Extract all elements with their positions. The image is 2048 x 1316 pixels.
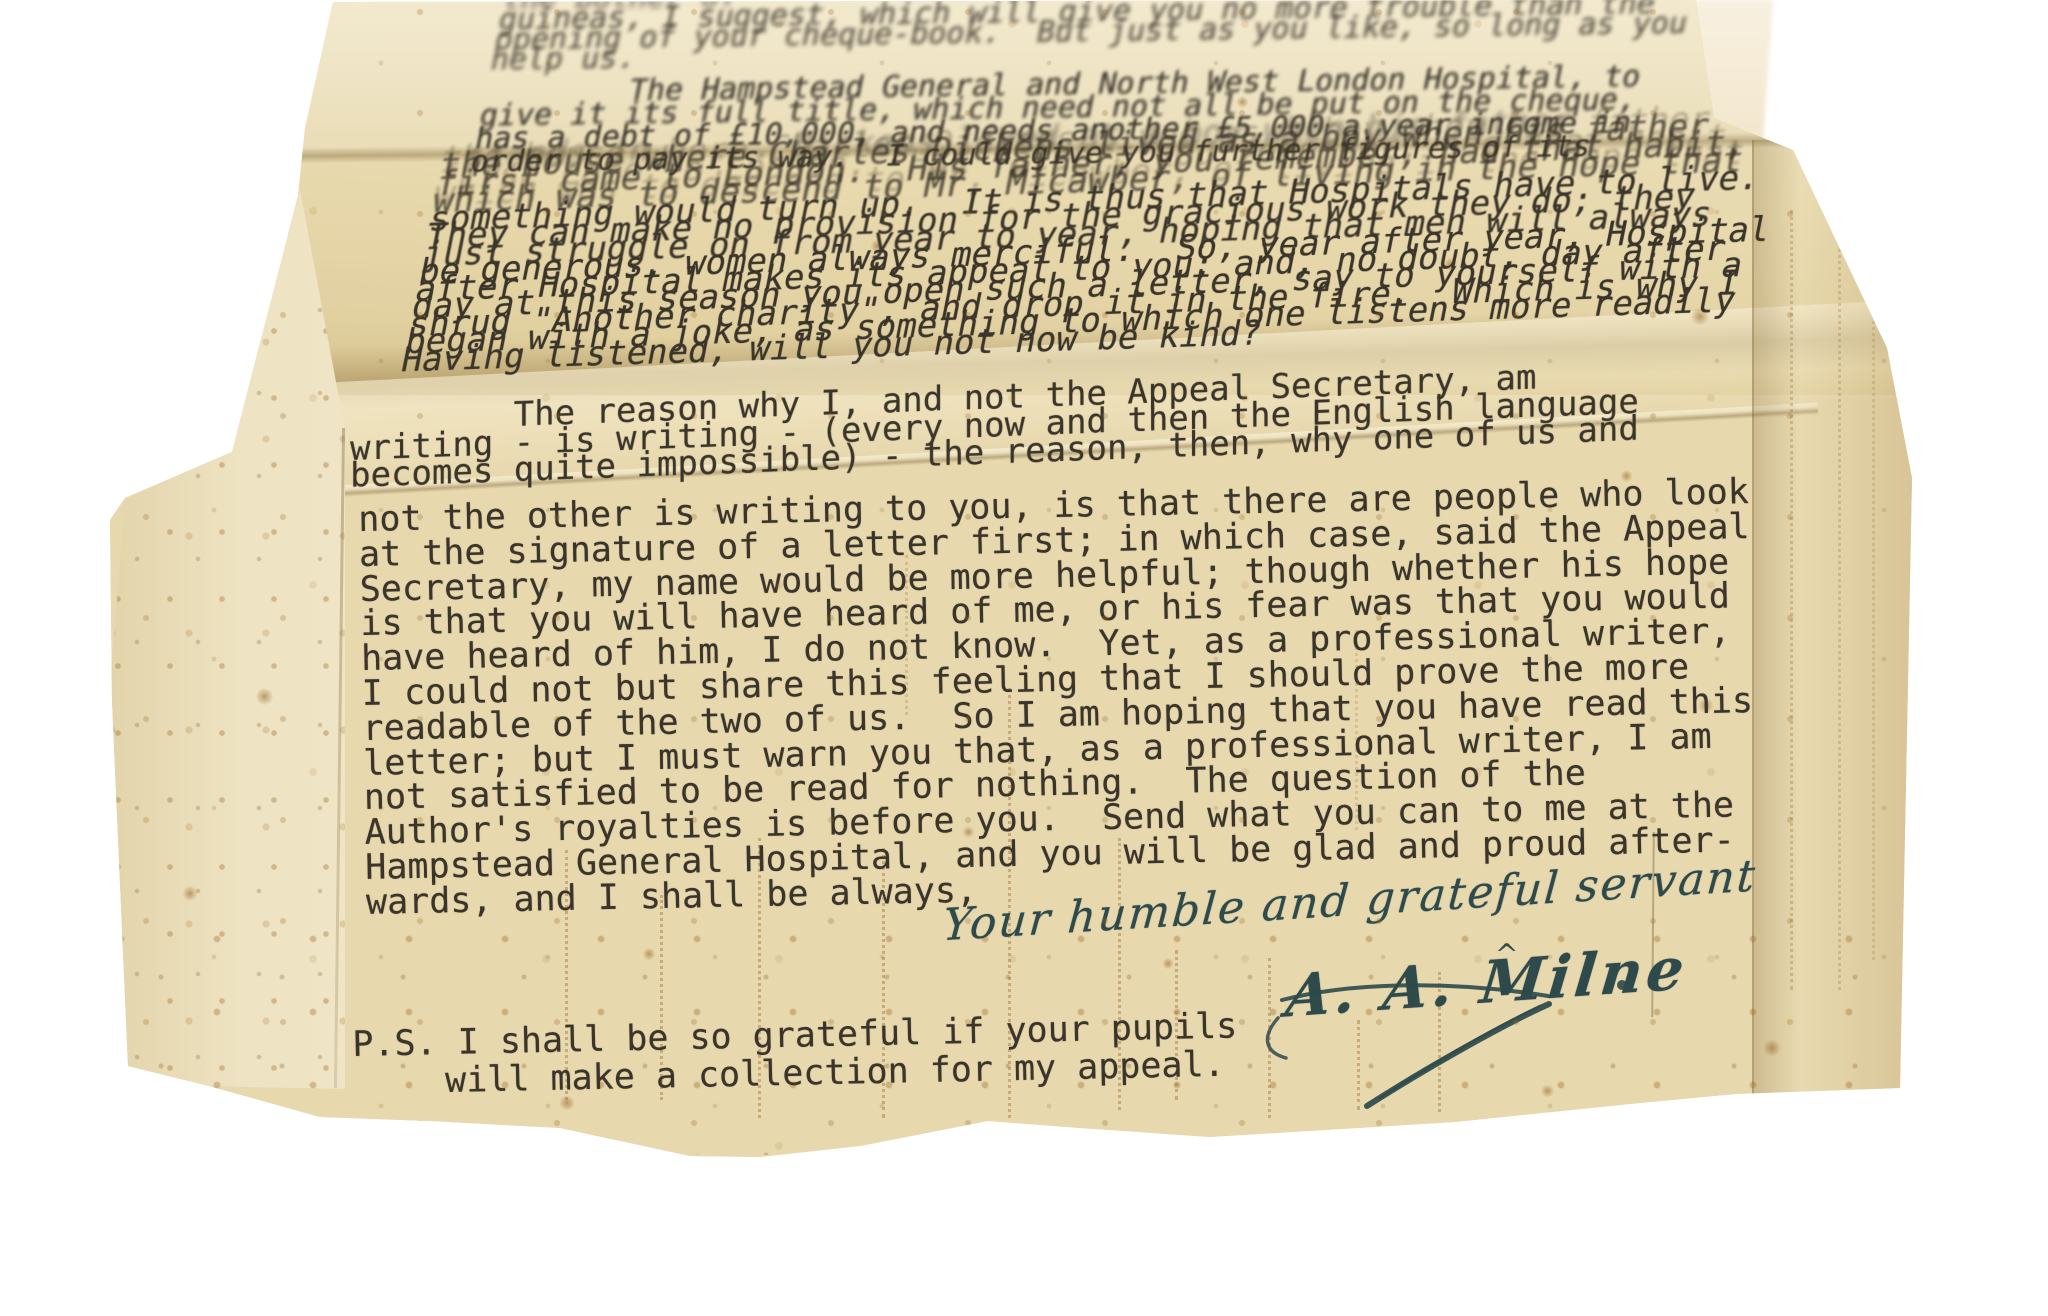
main-panel-text: not the other is writing to you, is that… [358,475,1757,920]
foxing-streak [1268,958,1271,1118]
foxing-blotch [298,62,314,76]
foxing-streak [1790,210,1793,990]
paper-left-edge-highlight [122,407,230,455]
foxing-blotch [255,688,274,705]
foxing-blotch [182,886,198,901]
letter-photograph: the bother of guineas, I suggest, which … [0,0,2048,1316]
fold-panel-text: the house where Charles Dickens lived as… [400,116,1792,370]
folded-letter-paper: the bother of guineas, I suggest, which … [0,0,2048,1316]
foxing-blotch [642,948,656,960]
foxing-blotch [1762,1040,1782,1056]
foxing-streak [1838,230,1841,990]
foxing-streak [1357,1020,1360,1110]
foxing-blotch [1540,1085,1555,1097]
foxing-blotch [1162,958,1174,969]
caret-mark: ^ [1495,938,1518,971]
foxing-streak [1872,260,1875,960]
